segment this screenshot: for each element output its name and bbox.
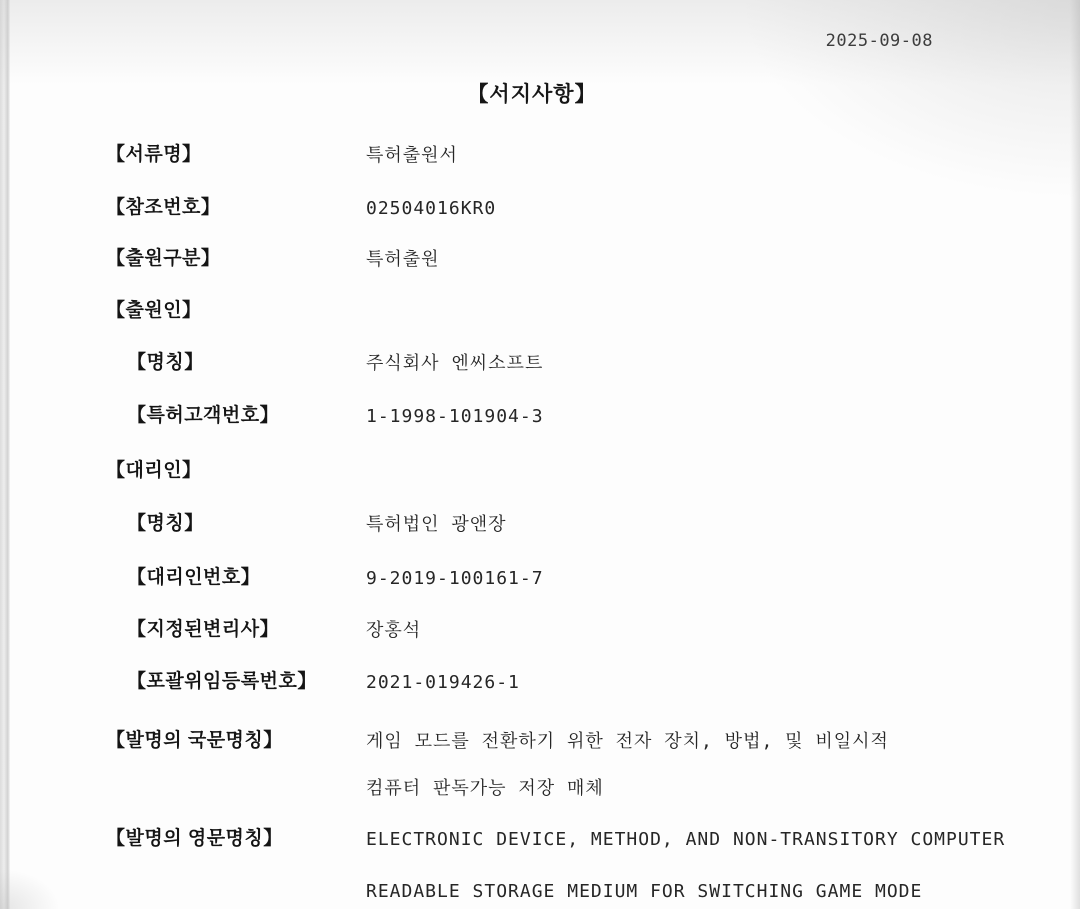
- field-label: 【명칭】: [127, 351, 204, 375]
- field-label: 【발명의 영문명칭】: [106, 827, 283, 851]
- field-row-agent-name: 【명칭】 특허법인 광앤장: [0, 512, 1080, 538]
- field-label: 【지정된변리사】: [127, 618, 279, 642]
- field-value: 특허출원: [366, 248, 440, 271]
- field-row-english-invention-title-line2: READABLE STORAGE MEDIUM FOR SWITCHING GA…: [0, 879, 1080, 905]
- page-right-edge-shadow: [1070, 0, 1080, 909]
- field-value-line: ELECTRONIC DEVICE, METHOD, AND NON-TRANS…: [366, 828, 1005, 851]
- field-value: 2021-019426-1: [366, 671, 520, 694]
- field-value: 주식회사 엔씨소프트: [366, 352, 543, 375]
- document-title: 【서지사항】: [0, 81, 1064, 108]
- field-row-general-power-of-attorney-number: 【포괄위임등록번호】 2021-019426-1: [0, 670, 1080, 696]
- section-row-applicant: 【출원인】: [0, 299, 1080, 325]
- field-label: 【발명의 국문명칭】: [106, 729, 283, 753]
- field-row-english-invention-title: 【발명의 영문명칭】 ELECTRONIC DEVICE, METHOD, AN…: [0, 827, 1080, 853]
- field-value-line: READABLE STORAGE MEDIUM FOR SWITCHING GA…: [366, 880, 922, 903]
- field-row-korean-invention-title: 【발명의 국문명칭】 게임 모드를 전환하기 위한 전자 장치, 방법, 및 비…: [0, 729, 1080, 755]
- field-value: 특허출원서: [366, 144, 458, 167]
- page-left-edge-shadow: [0, 0, 10, 909]
- field-value: 02504016KR0: [366, 197, 496, 220]
- field-row-reference-number: 【참조번호】 02504016KR0: [0, 196, 1080, 222]
- field-label: 【대리인번호】: [127, 566, 260, 590]
- field-row-document-name: 【서류명】 특허출원서: [0, 143, 1080, 169]
- section-label: 【출원인】: [106, 299, 202, 323]
- field-value: 1-1998-101904-3: [366, 405, 544, 428]
- section-label: 【대리인】: [106, 459, 202, 483]
- field-value: 특허법인 광앤장: [366, 513, 507, 536]
- document-date: 2025-09-08: [826, 30, 933, 52]
- field-label: 【포괄위임등록번호】: [127, 670, 317, 694]
- field-row-patent-customer-number: 【특허고객번호】 1-1998-101904-3: [0, 404, 1080, 430]
- field-row-agent-number: 【대리인번호】 9-2019-100161-7: [0, 566, 1080, 592]
- field-label: 【참조번호】: [106, 196, 220, 220]
- field-label: 【출원구분】: [106, 247, 220, 271]
- field-value: 장홍석: [366, 619, 421, 642]
- section-row-agent: 【대리인】: [0, 459, 1080, 485]
- patent-application-document-page: 2025-09-08 【서지사항】 【서류명】 특허출원서 【참조번호】 025…: [0, 0, 1080, 909]
- field-row-applicant-name: 【명칭】 주식회사 엔씨소프트: [0, 351, 1080, 377]
- field-label: 【특허고객번호】: [127, 404, 279, 428]
- field-label: 【명칭】: [127, 512, 204, 536]
- field-value: 9-2019-100161-7: [366, 567, 544, 590]
- field-row-korean-invention-title-line2: 컴퓨터 판독가능 저장 매체: [0, 776, 1080, 802]
- field-row-designated-attorney: 【지정된변리사】 장홍석: [0, 618, 1080, 644]
- field-row-application-type: 【출원구분】 특허출원: [0, 247, 1080, 273]
- field-value-line: 게임 모드를 전환하기 위한 전자 장치, 방법, 및 비일시적: [366, 730, 889, 753]
- field-label: 【서류명】: [106, 143, 202, 167]
- field-value-line: 컴퓨터 판독가능 저장 매체: [366, 777, 604, 800]
